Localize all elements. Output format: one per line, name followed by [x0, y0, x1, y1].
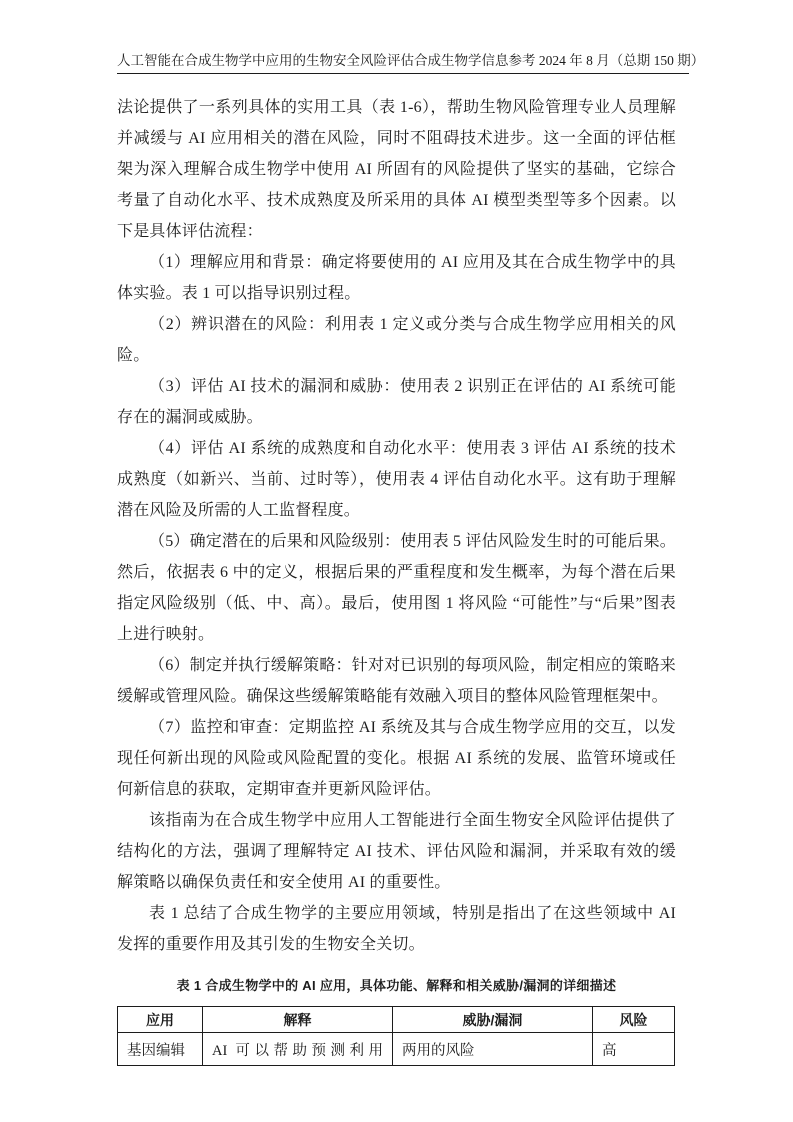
paragraph-table-intro: 表 1 总结了合成生物学的主要应用领域，特别是指出了在这些领域中 AI 发挥的重…: [117, 898, 676, 960]
running-head-issue: 合成生物学信息参考 2024 年 8 月（总期 150 期）: [414, 52, 704, 70]
table-caption: 表 1 合成生物学中的 AI 应用，具体功能、解释和相关威胁/漏洞的详细描述: [117, 976, 676, 995]
column-header-application: 应用: [118, 1007, 203, 1033]
paragraph-step-2: （2）辨识潜在的风险：利用表 1 定义或分类与合成生物学应用相关的风险。: [117, 309, 676, 371]
cell-risk: 高: [593, 1033, 675, 1066]
cell-threat-vulnerability: 两用的风险: [393, 1033, 593, 1066]
paragraph: 法论提供了一系列具体的实用工具（表 1-6），帮助生物风险管理专业人员理解并减缓…: [117, 92, 676, 247]
paragraph-step-3: （3）评估 AI 技术的漏洞和威胁：使用表 2 识别正在评估的 AI 系统可能存…: [117, 371, 676, 433]
paragraph-step-6: （6）制定并执行缓解策略：针对对已识别的每项风险，制定相应的策略来缓解或管理风险…: [117, 650, 676, 712]
paragraph-step-1: （1）理解应用和背景：确定将要使用的 AI 应用及其在合成生物学中的具体实验。表…: [117, 247, 676, 309]
ai-applications-table: 应用 解释 威胁/漏洞 风险 基因编辑 AI 可以帮助预测利用 两用的风险 高: [117, 1006, 675, 1066]
table-row: 基因编辑 AI 可以帮助预测利用 两用的风险 高: [118, 1033, 675, 1066]
column-header-risk: 风险: [593, 1007, 675, 1033]
cell-application: 基因编辑: [118, 1033, 203, 1066]
column-header-explanation: 解释: [203, 1007, 393, 1033]
paragraph-step-4: （4）评估 AI 系统的成熟度和自动化水平：使用表 3 评估 AI 系统的技术成…: [117, 433, 676, 526]
paragraph-step-7: （7）监控和审查：定期监控 AI 系统及其与合成生物学应用的交互，以发现任何新出…: [117, 712, 676, 805]
table-header-row: 应用 解释 威胁/漏洞 风险: [118, 1007, 675, 1033]
cell-explanation: AI 可以帮助预测利用: [203, 1033, 393, 1066]
document-page: 人工智能在合成生物学中应用的生物安全风险评估 合成生物学信息参考 2024 年 …: [0, 0, 793, 1122]
running-head-title: 人工智能在合成生物学中应用的生物安全风险评估: [117, 52, 414, 70]
column-header-threat-vulnerability: 威胁/漏洞: [393, 1007, 593, 1033]
paragraph-summary: 该指南为在合成生物学中应用人工智能进行全面生物安全风险评估提供了结构化的方法，强…: [117, 805, 676, 898]
running-head: 人工智能在合成生物学中应用的生物安全风险评估 合成生物学信息参考 2024 年 …: [117, 52, 689, 74]
paragraph-step-5: （5）确定潜在的后果和风险级别：使用表 5 评估风险发生时的可能后果。然后，依据…: [117, 526, 676, 650]
document-body: 法论提供了一系列具体的实用工具（表 1-6），帮助生物风险管理专业人员理解并减缓…: [117, 92, 676, 1066]
